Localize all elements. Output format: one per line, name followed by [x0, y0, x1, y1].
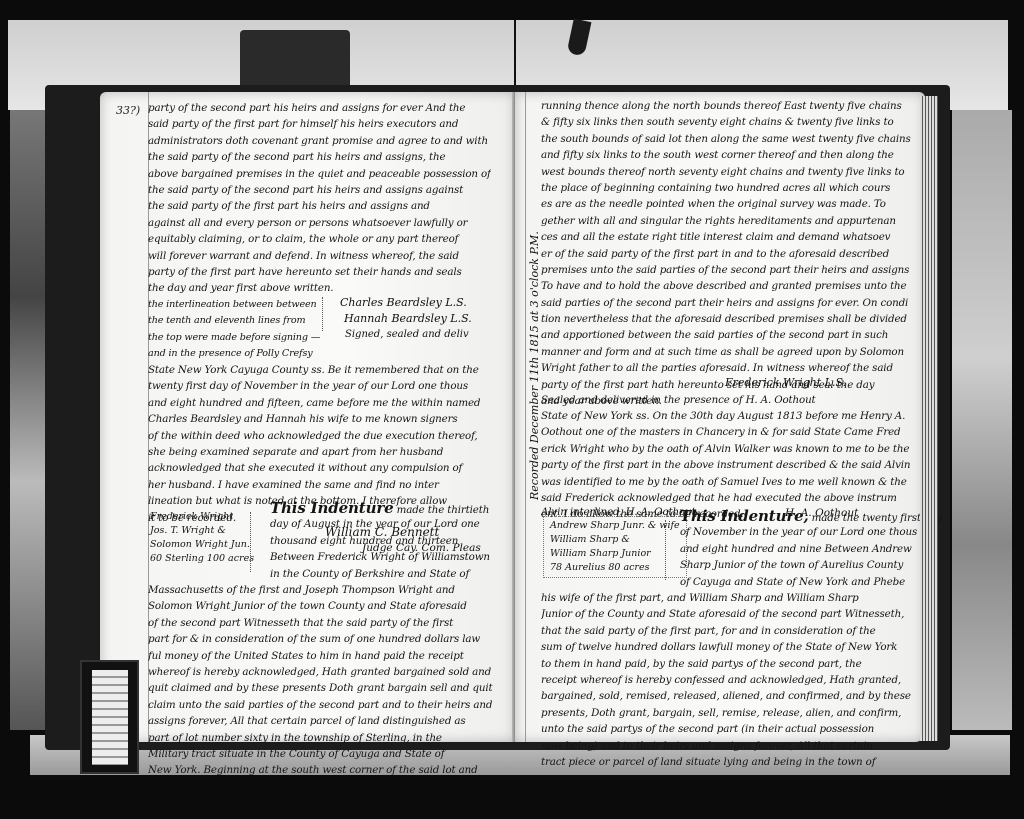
- text-line: ces and all the estate right title inter…: [541, 229, 911, 245]
- left-top-block: party of the second part his heirs and a…: [148, 100, 491, 297]
- text-line: manner and form and at such time as shal…: [541, 344, 911, 360]
- text-line: State New York Cayuga County ss. Be it r…: [148, 362, 480, 378]
- text-line: presents, Doth grant, bargain, sell, rem…: [541, 705, 911, 721]
- text-line: will forever warrant and defend. In witn…: [148, 248, 491, 264]
- index-line: William Sharp &: [550, 533, 680, 547]
- text-line: the interlineation between between: [148, 297, 320, 313]
- text-line: Sealed and delivered in the presence of …: [541, 392, 816, 408]
- indenture-heading: This Indenture: [270, 500, 393, 516]
- index-line: 78 Aurelius 80 acres: [550, 561, 680, 575]
- text-line: and fifty six links to the south west co…: [541, 147, 911, 163]
- text-line: the place of beginning containing two hu…: [541, 180, 911, 196]
- page-number: 33?): [116, 104, 140, 117]
- text-line: of the within deed who acknowledged the …: [148, 428, 480, 444]
- text-line: the top were made before signing —: [148, 330, 320, 346]
- text-line: said parties of the second part their he…: [541, 295, 911, 311]
- text-line: unto the said partys of the second part …: [541, 721, 911, 737]
- text-line: above bargained premises in the quiet an…: [148, 166, 491, 182]
- text-line: New York. Beginning at the south west co…: [148, 762, 493, 778]
- sealed-delivered: Sealed and delivered in the presence of …: [541, 392, 816, 408]
- index-line: Solomon Wright Jun.: [150, 538, 254, 552]
- text-line: sum of twelve hundred dollars lawfull mo…: [541, 639, 911, 655]
- recorded-date-margin-note: Recorded December 11th 1815 at 3 o'clock…: [528, 100, 550, 500]
- text-line: against all and every person or persons …: [148, 215, 491, 231]
- text-line: tract piece or parcel of land situate ly…: [541, 754, 911, 770]
- text-line: State of New York ss. On the 30th day Au…: [541, 408, 910, 424]
- index-line: 60 Sterling 100 acres: [150, 552, 254, 566]
- text-line: receipt whereof is hereby confessed and …: [541, 672, 911, 688]
- text-line: & fifty six links then south seventy eig…: [541, 114, 911, 130]
- text-line: Solomon Wright Junior of the town County…: [148, 598, 493, 614]
- page-edges: [920, 96, 938, 741]
- left-edge-strip: [10, 110, 45, 730]
- text-line: part of lot number sixty in the township…: [148, 730, 493, 746]
- signature-charles-beardsley: Charles Beardsley L.S.: [340, 296, 467, 309]
- text-line: that the said party of the first part, f…: [541, 623, 911, 639]
- text-line: and eight hundred and fifteen, came befo…: [148, 395, 480, 411]
- text-line: Charles Beardsley and Hannah his wife to…: [148, 411, 480, 427]
- text-line: twenty first day of November in the year…: [148, 378, 480, 394]
- text-line: day of August in the year of our Lord on…: [270, 516, 490, 532]
- text-line: made the thirtieth: [397, 504, 490, 516]
- text-line: erick Wright who by the oath of Alvin Wa…: [541, 441, 910, 457]
- text-line: Oothout one of the masters in Chancery i…: [541, 424, 910, 440]
- text-line: his wife of the first part, and William …: [541, 590, 911, 606]
- text-line: Sharp Junior of the town of Aurelius Cou…: [680, 557, 942, 573]
- text-line: acknowledged that she executed it withou…: [148, 460, 480, 476]
- text-line: bargained, sold, remised, released, alie…: [541, 688, 911, 704]
- index-tab: [80, 660, 139, 774]
- brace-divider: [665, 520, 674, 580]
- text-line: and in the presence of Polly Crefsy: [148, 346, 320, 362]
- text-line: running thence along the north bounds th…: [541, 98, 911, 114]
- text-line: party of the second part his heirs and a…: [148, 100, 491, 116]
- text-line: gether with all and singular the rights …: [541, 213, 911, 229]
- brace-divider: [250, 512, 259, 572]
- text-line: her husband. I have examined the same an…: [148, 477, 480, 493]
- signature-hannah-beardsley: Hannah Beardsley L.S.: [344, 312, 472, 325]
- text-line: and apportioned between the said parties…: [541, 327, 911, 343]
- text-line: and eight hundred and nine Between Andre…: [680, 541, 942, 557]
- text-line: es are as the needle pointed when the or…: [541, 196, 911, 212]
- text-line: part for & in consideration of the sum o…: [148, 631, 493, 647]
- indenture-heading: This Indenture,: [680, 508, 809, 524]
- text-line: the day and year first above written.: [148, 280, 491, 296]
- index-line: Andrew Sharp Junr. & wife: [550, 519, 680, 533]
- left-page: 33?) party of the second part his heirs …: [100, 92, 515, 742]
- text-line: Wright father to all the parties aforesa…: [541, 360, 911, 376]
- text-line: quit claimed and by these presents Doth …: [148, 680, 493, 696]
- brace-divider: [322, 297, 331, 331]
- text-line: in the County of Berkshire and State of: [270, 566, 490, 582]
- text-line: premises unto the said parties of the se…: [541, 262, 911, 278]
- signature-frederick-wright: Frederick Wright L.S.: [725, 376, 846, 389]
- text-line: of November in the year of our Lord one …: [680, 524, 942, 540]
- signed-sealed-text: Signed, sealed and deliv: [345, 329, 469, 340]
- text-line: To have and to hold the above described …: [541, 278, 911, 294]
- text-line: thousand eight hundred and thirteen: [270, 533, 490, 549]
- text-line: of Cayuga and State of New York and Pheb…: [680, 574, 942, 590]
- right-top-block: running thence along the north bounds th…: [541, 98, 911, 409]
- text-line: Junior of the County and State aforesaid…: [541, 606, 911, 622]
- text-line: claim unto the said parties of the secon…: [148, 697, 493, 713]
- text-line: Massachusetts of the first and Joseph Th…: [148, 582, 493, 598]
- text-line: party of the first part in the above ins…: [541, 457, 910, 473]
- text-line: the said party of the second part his he…: [148, 182, 491, 198]
- indenture-first-line: This Indenture, made the twenty first da…: [680, 508, 942, 524]
- right-indenture-body: his wife of the first part, and William …: [541, 590, 911, 770]
- text-line: of the second part Witnesseth that the s…: [148, 615, 493, 631]
- interlineation-note: the interlineation between between the t…: [148, 297, 320, 363]
- side-index-left: Frederick Wright Jos. T. Wright & Solomo…: [150, 510, 254, 566]
- text-line: whereof is hereby acknowledged, Hath gra…: [148, 664, 493, 680]
- text-line: the said party of the second part his he…: [148, 149, 491, 165]
- text-line: west bounds thereof north seventy eight …: [541, 164, 911, 180]
- indenture-first-line: This Indenture made the thirtieth: [270, 500, 490, 516]
- spacer: [541, 488, 699, 504]
- text-line: she being examined separate and apart fr…: [148, 444, 480, 460]
- left-indenture-body: Massachusetts of the first and Joseph Th…: [148, 582, 493, 779]
- left-indenture-intro: This Indenture made the thirtieth day of…: [270, 500, 490, 582]
- text-line: Between Frederick Wright of Williamstown: [270, 549, 490, 565]
- text-line: said party of the first part for himself…: [148, 116, 491, 132]
- text-line: the south bounds of said lot then along …: [541, 131, 911, 147]
- text-line: administrators doth covenant grant promi…: [148, 133, 491, 149]
- index-line: Jos. T. Wright &: [150, 524, 254, 538]
- text-line: the tenth and eleventh lines from: [148, 313, 320, 329]
- index-line: William Sharp Junior: [550, 547, 680, 561]
- text-line: equitably claiming, or to claim, the who…: [148, 231, 491, 247]
- text-line: to them in hand paid, by the said partys…: [541, 656, 911, 672]
- right-page: running thence along the north bounds th…: [515, 92, 925, 742]
- text-line: er of the said party of the first part i…: [541, 246, 911, 262]
- text-line: tion nevertheless that the aforesaid des…: [541, 311, 911, 327]
- text-line: ful money of the United States to him in…: [148, 648, 493, 664]
- right-indenture-intro: This Indenture, made the twenty first da…: [680, 508, 942, 590]
- margin-rule: [525, 92, 526, 742]
- text-line: the said party of the first part his hei…: [148, 198, 491, 214]
- text-line: assigns forever, All that certain parcel…: [148, 713, 493, 729]
- text-line: now being) and to their heirs and assign…: [541, 738, 911, 754]
- text-line: Military tract situate in the County of …: [148, 746, 493, 762]
- right-edge-strip: [952, 110, 1012, 730]
- index-tab-label: [92, 670, 128, 765]
- index-line: Frederick Wright: [150, 510, 254, 524]
- text-line: party of the first part have hereunto se…: [148, 264, 491, 280]
